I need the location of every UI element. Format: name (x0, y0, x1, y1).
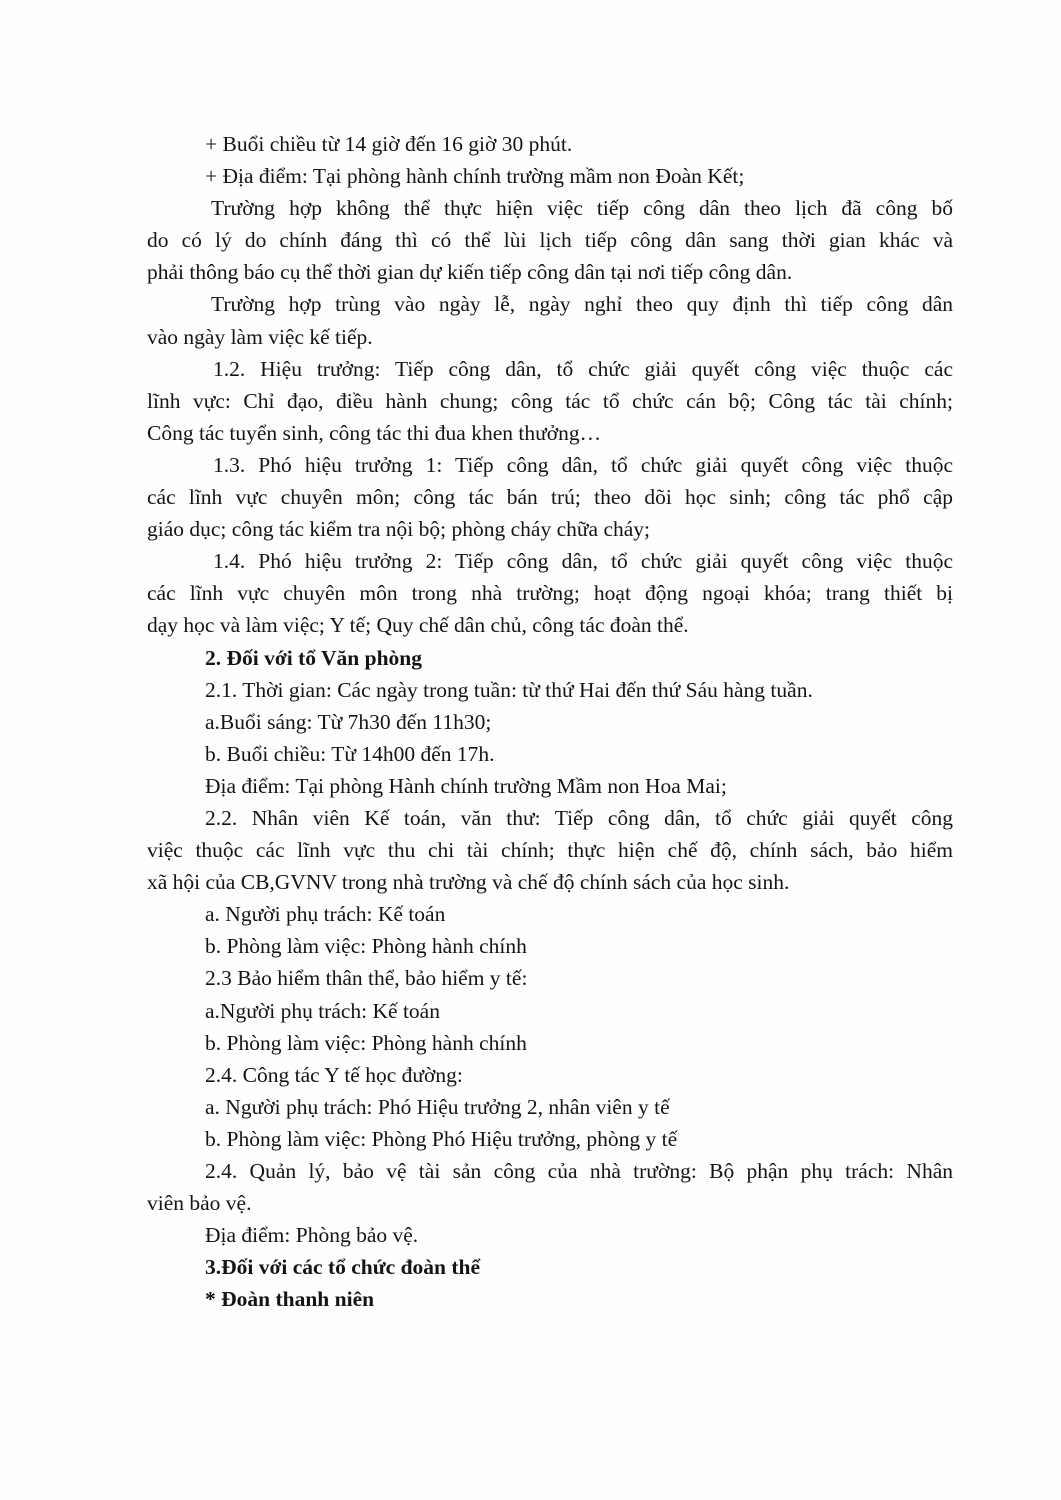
text-line: 2.4. Quản lý, bảo vệ tài sản công của nh… (147, 1155, 953, 1187)
section-heading: * Đoàn thanh niên (147, 1283, 953, 1315)
text-line: vào ngày làm việc kế tiếp. (147, 321, 953, 353)
text-line: phải thông báo cụ thể thời gian dự kiến … (147, 256, 953, 288)
text-line: Công tác tuyển sinh, công tác thi đua kh… (147, 417, 953, 449)
section-heading: 3.Đối với các tổ chức đoàn thể (147, 1251, 953, 1283)
text-line: dạy học và làm việc; Y tế; Quy chế dân c… (147, 609, 953, 641)
text-line: xã hội của CB,GVNV trong nhà trường và c… (147, 866, 953, 898)
text-line: a. Người phụ trách: Kế toán (147, 898, 953, 930)
text-line: + Buổi chiều từ 14 giờ đến 16 giờ 30 phú… (147, 128, 953, 160)
text-line: + Địa điểm: Tại phòng hành chính trường … (147, 160, 953, 192)
text-line: 2.4. Công tác Y tế học đường: (147, 1059, 953, 1091)
section-heading: 2. Đối với tổ Văn phòng (147, 642, 953, 674)
text-line: 1.4. Phó hiệu trưởng 2: Tiếp công dân, t… (147, 545, 953, 577)
text-line: Trường hợp không thể thực hiện việc tiếp… (147, 192, 953, 224)
text-line: a.Người phụ trách: Kế toán (147, 995, 953, 1027)
text-line: các lĩnh vực chuyên môn; công tác bán tr… (147, 481, 953, 513)
text-line: việc thuộc các lĩnh vực thu chi tài chín… (147, 834, 953, 866)
text-line: các lĩnh vực chuyên môn trong nhà trường… (147, 577, 953, 609)
text-line: b. Phòng làm việc: Phòng hành chính (147, 1027, 953, 1059)
text-line: 1.3. Phó hiệu trưởng 1: Tiếp công dân, t… (147, 449, 953, 481)
text-line: 2.1. Thời gian: Các ngày trong tuần: từ … (147, 674, 953, 706)
text-line: Địa điểm: Phòng bảo vệ. (147, 1219, 953, 1251)
text-line: viên bảo vệ. (147, 1187, 953, 1219)
text-line: Địa điểm: Tại phòng Hành chính trường Mầ… (147, 770, 953, 802)
text-line: a. Người phụ trách: Phó Hiệu trưởng 2, n… (147, 1091, 953, 1123)
text-line: a.Buổi sáng: Từ 7h30 đến 11h30; (147, 706, 953, 738)
document-page: + Buổi chiều từ 14 giờ đến 16 giờ 30 phú… (0, 0, 1061, 1500)
text-line: lĩnh vực: Chỉ đạo, điều hành chung; công… (147, 385, 953, 417)
text-line: 1.2. Hiệu trưởng: Tiếp công dân, tổ chức… (147, 353, 953, 385)
text-line: giáo dục; công tác kiểm tra nội bộ; phòn… (147, 513, 953, 545)
text-line: b. Buổi chiều: Từ 14h00 đến 17h. (147, 738, 953, 770)
text-line: b. Phòng làm việc: Phòng hành chính (147, 930, 953, 962)
text-line: 2.3 Bảo hiểm thân thể, bảo hiểm y tế: (147, 962, 953, 994)
text-line: 2.2. Nhân viên Kế toán, văn thư: Tiếp cô… (147, 802, 953, 834)
text-line: do có lý do chính đáng thì có thể lùi lị… (147, 224, 953, 256)
document-body: + Buổi chiều từ 14 giờ đến 16 giờ 30 phú… (147, 128, 953, 1315)
text-line: Trường hợp trùng vào ngày lễ, ngày nghỉ … (147, 288, 953, 320)
text-line: b. Phòng làm việc: Phòng Phó Hiệu trưởng… (147, 1123, 953, 1155)
